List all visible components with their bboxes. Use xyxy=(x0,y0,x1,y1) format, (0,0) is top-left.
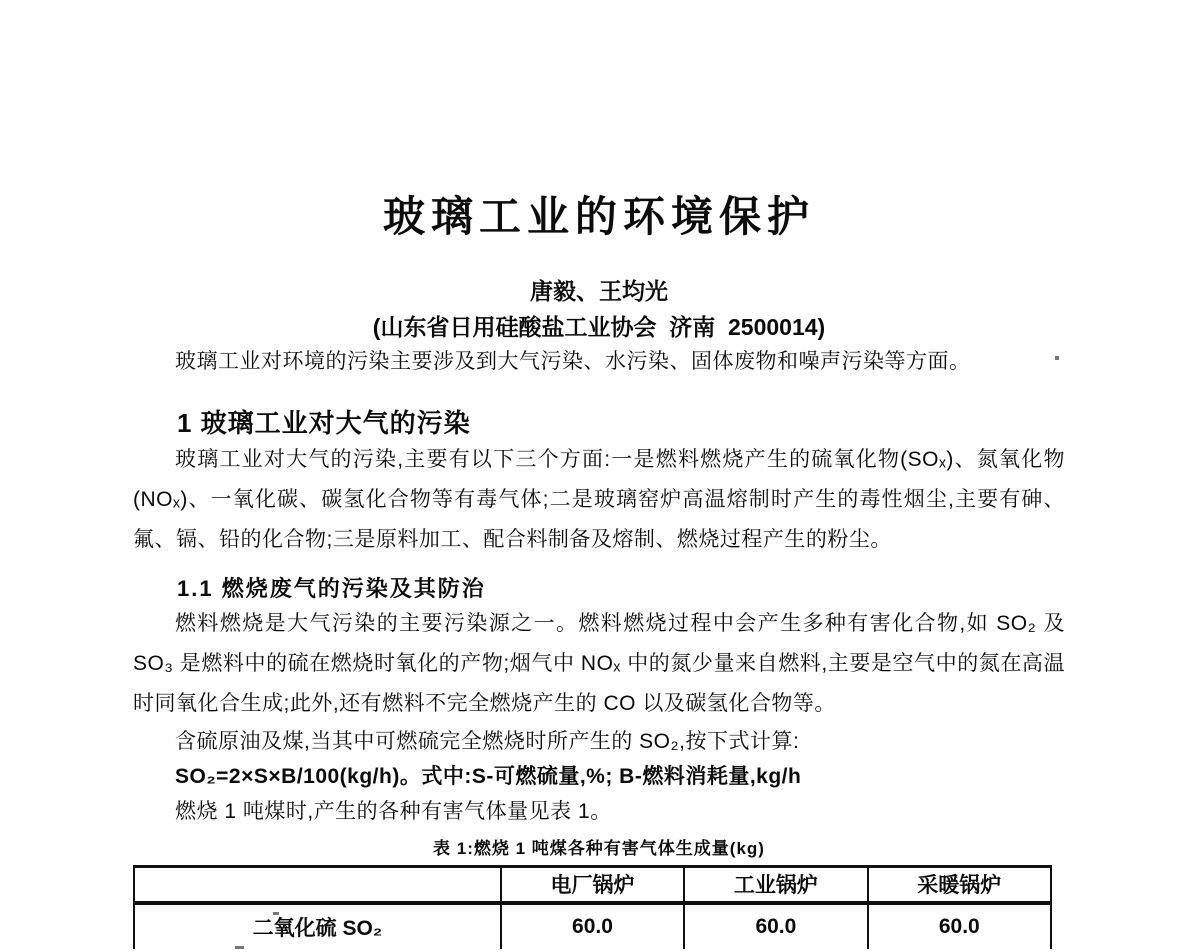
scan-speck xyxy=(1055,356,1059,360)
scan-speck xyxy=(273,912,279,915)
section-1-1-heading: 1.1 燃烧废气的污染及其防治 xyxy=(177,574,1065,604)
section-1-heading: 1 玻璃工业对大气的污染 xyxy=(177,406,1065,440)
document-page: 玻璃工业的环境保护 唐毅、王均光 (山东省日用硅酸盐工业协会 济南 250001… xyxy=(0,0,1200,952)
authors-line: 唐毅、王均光 xyxy=(133,276,1065,306)
so2-power-boiler-value: 60.0 xyxy=(501,903,684,949)
affiliation-line: (山东省日用硅酸盐工业协会 济南 2500014) xyxy=(133,312,1065,342)
table-header-power-boiler: 电厂锅炉 xyxy=(501,867,684,903)
page-title: 玻璃工业的环境保护 xyxy=(133,0,1065,246)
table-reference-line: 燃烧 1 吨煤时,产生的各种有害气体量见表 1。 xyxy=(133,794,1065,829)
table-header-heating-boiler: 采暖锅炉 xyxy=(868,867,1051,903)
table-caption: 表 1:燃烧 1 吨煤各种有害气体生成量(kg) xyxy=(133,837,1065,861)
table-header-row: 电厂锅炉 工业锅炉 采暖锅炉 xyxy=(134,867,1051,903)
fuel-combustion-paragraph: 燃料燃烧是大气污染的主要污染源之一。燃料燃烧过程中会产生多种有害化合物,如 SO… xyxy=(133,604,1065,724)
intro-paragraph: 玻璃工业对环境的污染主要涉及到大气污染、水污染、固体废物和噪声污染等方面。 xyxy=(133,342,1065,382)
emission-table: 电厂锅炉 工业锅炉 采暖锅炉 二氧化硫 SO₂ 60.0 60.0 60.0 xyxy=(133,865,1052,949)
section-1-paragraph: 玻璃工业对大气的污染,主要有以下三个方面:一是燃料燃烧产生的硫氧化物(SOₓ)、… xyxy=(133,440,1065,560)
scan-speck xyxy=(235,946,244,949)
so2-formula-line: SO₂=2×S×B/100(kg/h)。式中:S-可燃硫量,%; B-燃料消耗量… xyxy=(133,759,1065,794)
so2-industrial-boiler-value: 60.0 xyxy=(684,903,867,949)
table-header-empty xyxy=(134,867,501,903)
so2-heating-boiler-value: 60.0 xyxy=(868,903,1051,949)
table-header-industrial-boiler: 工业锅炉 xyxy=(684,867,867,903)
row-label-so2: 二氧化硫 SO₂ xyxy=(134,903,501,949)
sulfur-paragraph: 含硫原油及煤,当其中可燃硫完全燃烧时所产生的 SO₂,按下式计算: xyxy=(133,724,1065,759)
table-row-so2: 二氧化硫 SO₂ 60.0 60.0 60.0 xyxy=(134,903,1051,949)
